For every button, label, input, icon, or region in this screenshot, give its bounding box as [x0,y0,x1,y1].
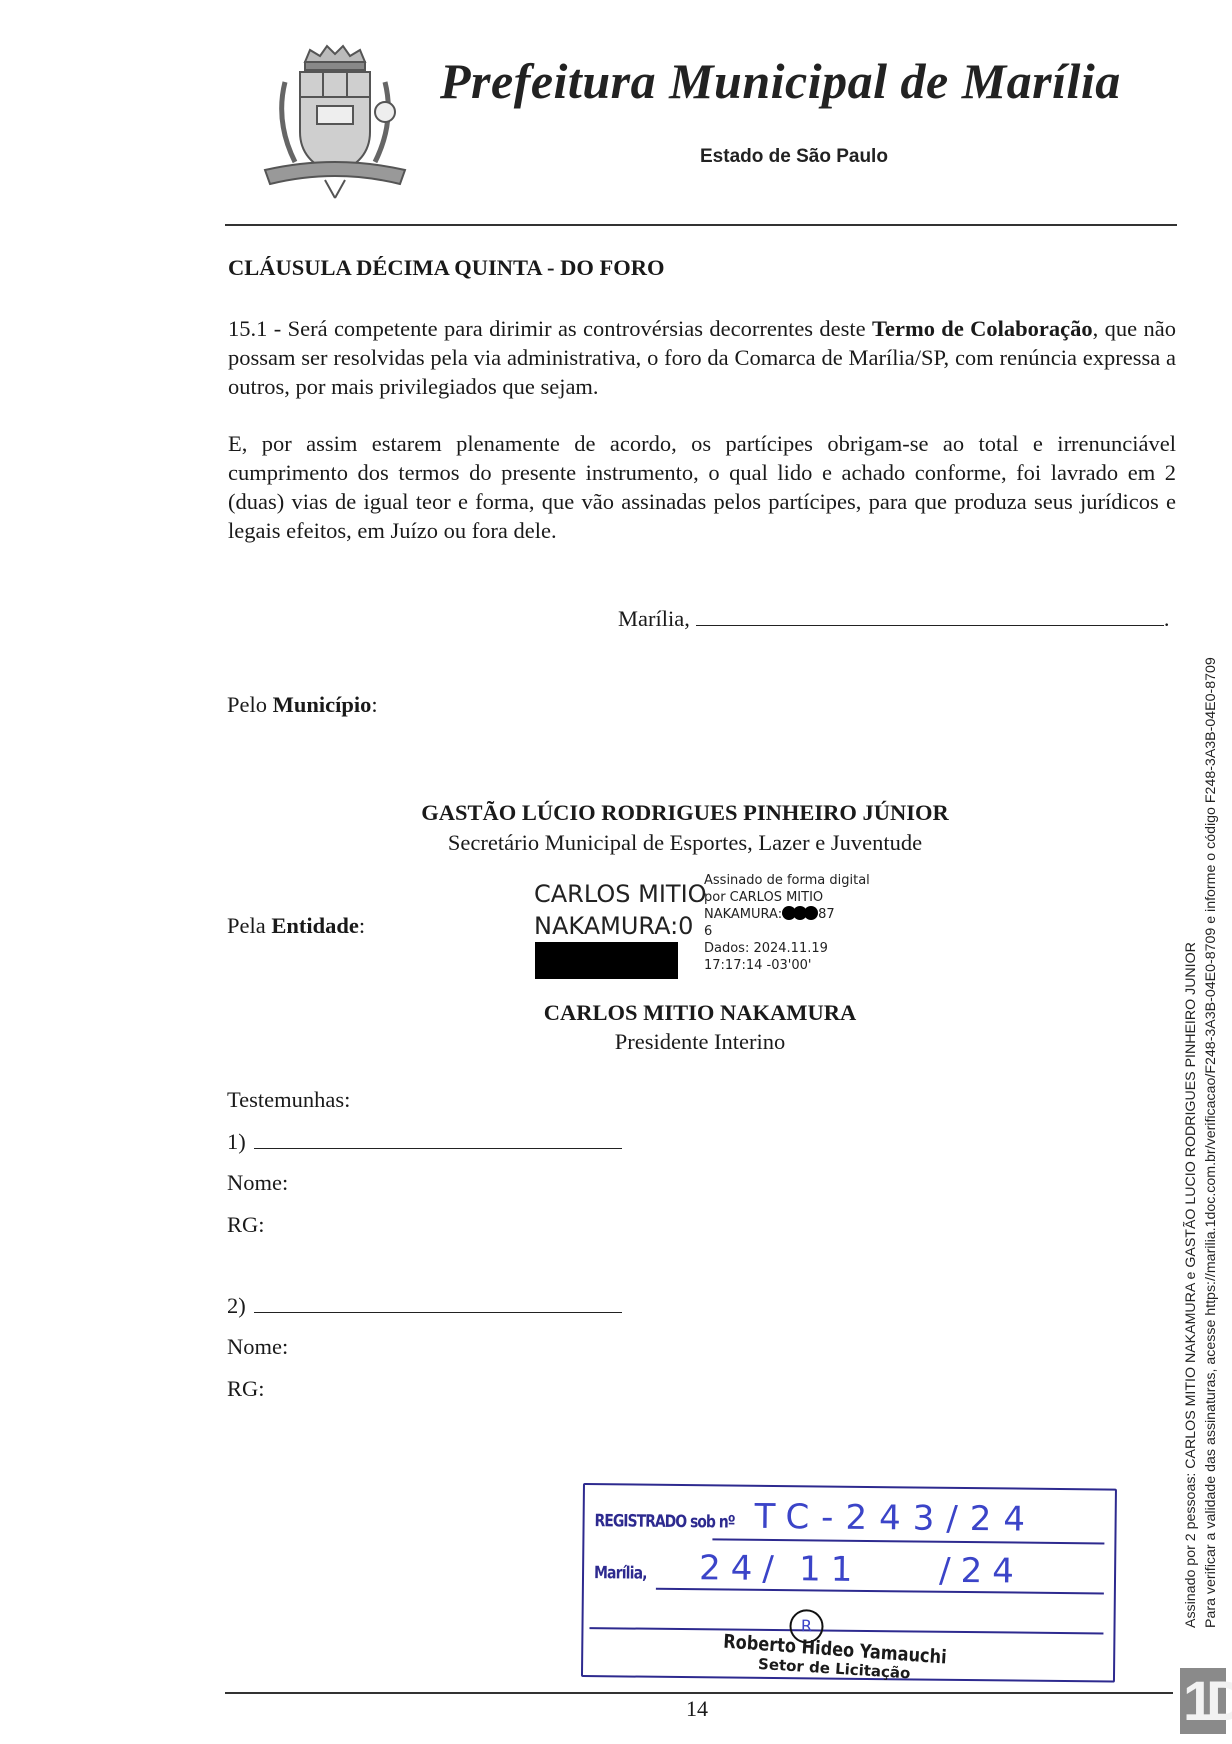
witnesses-title: Testemunhas: [227,1087,350,1113]
witness-2-name-label: Nome: [227,1334,288,1360]
registration-stamp: REGISTRADO sob nº TC-243/24 Marília, 24/… [581,1483,1117,1683]
verification-signers-text: Assinado por 2 pessoas: CARLOS MITIO NAK… [1183,942,1199,1628]
header-divider [225,224,1177,226]
witness-2-signature: 2) [227,1292,622,1319]
witness-number: 2) [227,1293,246,1318]
label-prefix: Pelo [227,692,273,717]
page-number: 14 [686,1696,708,1722]
witness-1-name-label: Nome: [227,1170,288,1196]
date-label: Marília, [618,606,690,631]
digital-signature-info: Assinado de forma digital por CARLOS MIT… [704,872,870,974]
witness-1-signature: 1) [227,1128,622,1155]
stamp-line [656,1588,1104,1595]
date-end-mark: . [1164,606,1170,631]
info-suffix: 87 [818,907,835,922]
digital-signature-time: 17:17:14 -03'00' [704,957,870,974]
label-suffix: : [359,913,365,938]
stamp-date-year: /24 [939,1551,1024,1592]
info-prefix: NAKAMURA: [704,907,782,922]
entidade-signer-name: CARLOS MITIO NAKAMURA [380,1000,1020,1026]
municipio-signer-name: GASTÃO LÚCIO RODRIGUES PINHEIRO JÚNIOR [370,800,1000,826]
stamp-registration-value: TC-243/24 [754,1497,1037,1540]
municipio-label: Pelo Município: [227,692,378,718]
digital-signature-info-line: Assinado de forma digital [704,872,870,889]
logo-text: 1D [1183,1670,1232,1732]
entidade-signer-role: Presidente Interino [380,1029,1020,1055]
label-bold: Município [273,692,372,717]
clause-title: CLÁUSULA DÉCIMA QUINTA - DO FORO [228,255,665,281]
digital-signature-name-line2: NAKAMURA:0 [534,910,707,942]
paragraph-text: 15.1 - Será competente para dirimir as c… [228,316,872,341]
witness-1-rg-label: RG: [227,1212,265,1238]
date-line: Marília,. [618,603,1169,632]
label-bold: Entidade [271,913,359,938]
digital-signature-info-line: 6 [704,923,870,940]
digital-signature-info-line: NAKAMURA:87 [704,906,870,923]
digital-signature-date: Dados: 2024.11.19 [704,940,870,957]
redaction-dot [804,906,818,920]
verification-link-text[interactable]: Para verificar a validade das assinatura… [1203,657,1219,1628]
witness-number: 1) [227,1129,246,1154]
coat-of-arms-icon [255,42,415,200]
footer-divider [225,1692,1173,1694]
digital-signature-info-line: por CARLOS MITIO [704,889,870,906]
redaction-box [535,942,678,979]
witness-signature-field[interactable] [254,1292,622,1313]
header-subtitle: Estado de São Paulo [700,146,888,168]
clause-paragraph-1: 15.1 - Será competente para dirimir as c… [228,314,1176,401]
1doc-logo-icon: 1D [1180,1668,1226,1734]
entidade-label: Pela Entidade: [227,913,365,939]
date-blank-field[interactable] [696,603,1164,626]
label-prefix: Pela [227,913,271,938]
clause-paragraph-2: E, por assim estarem plenamente de acord… [228,429,1176,545]
stamp-registration-label: REGISTRADO sob nº [594,1511,734,1532]
stamp-date-month: 11 [799,1549,863,1590]
witness-signature-field[interactable] [254,1128,622,1149]
digital-signature-name: CARLOS MITIO NAKAMURA:0 [534,878,707,942]
stamp-city-label: Marília, [594,1563,647,1584]
stamp-line [712,1538,1104,1544]
paragraph-bold-term: Termo de Colaboração [872,316,1093,341]
stamp-date-day: 24/ [699,1548,784,1589]
stamp-signature-line [589,1627,1103,1634]
header-title: Prefeitura Municipal de Marília [440,52,1121,110]
label-suffix: : [371,692,377,717]
municipio-signer-role: Secretário Municipal de Esportes, Lazer … [370,830,1000,856]
digital-signature-name-line1: CARLOS MITIO [534,878,707,910]
witness-2-rg-label: RG: [227,1376,265,1402]
